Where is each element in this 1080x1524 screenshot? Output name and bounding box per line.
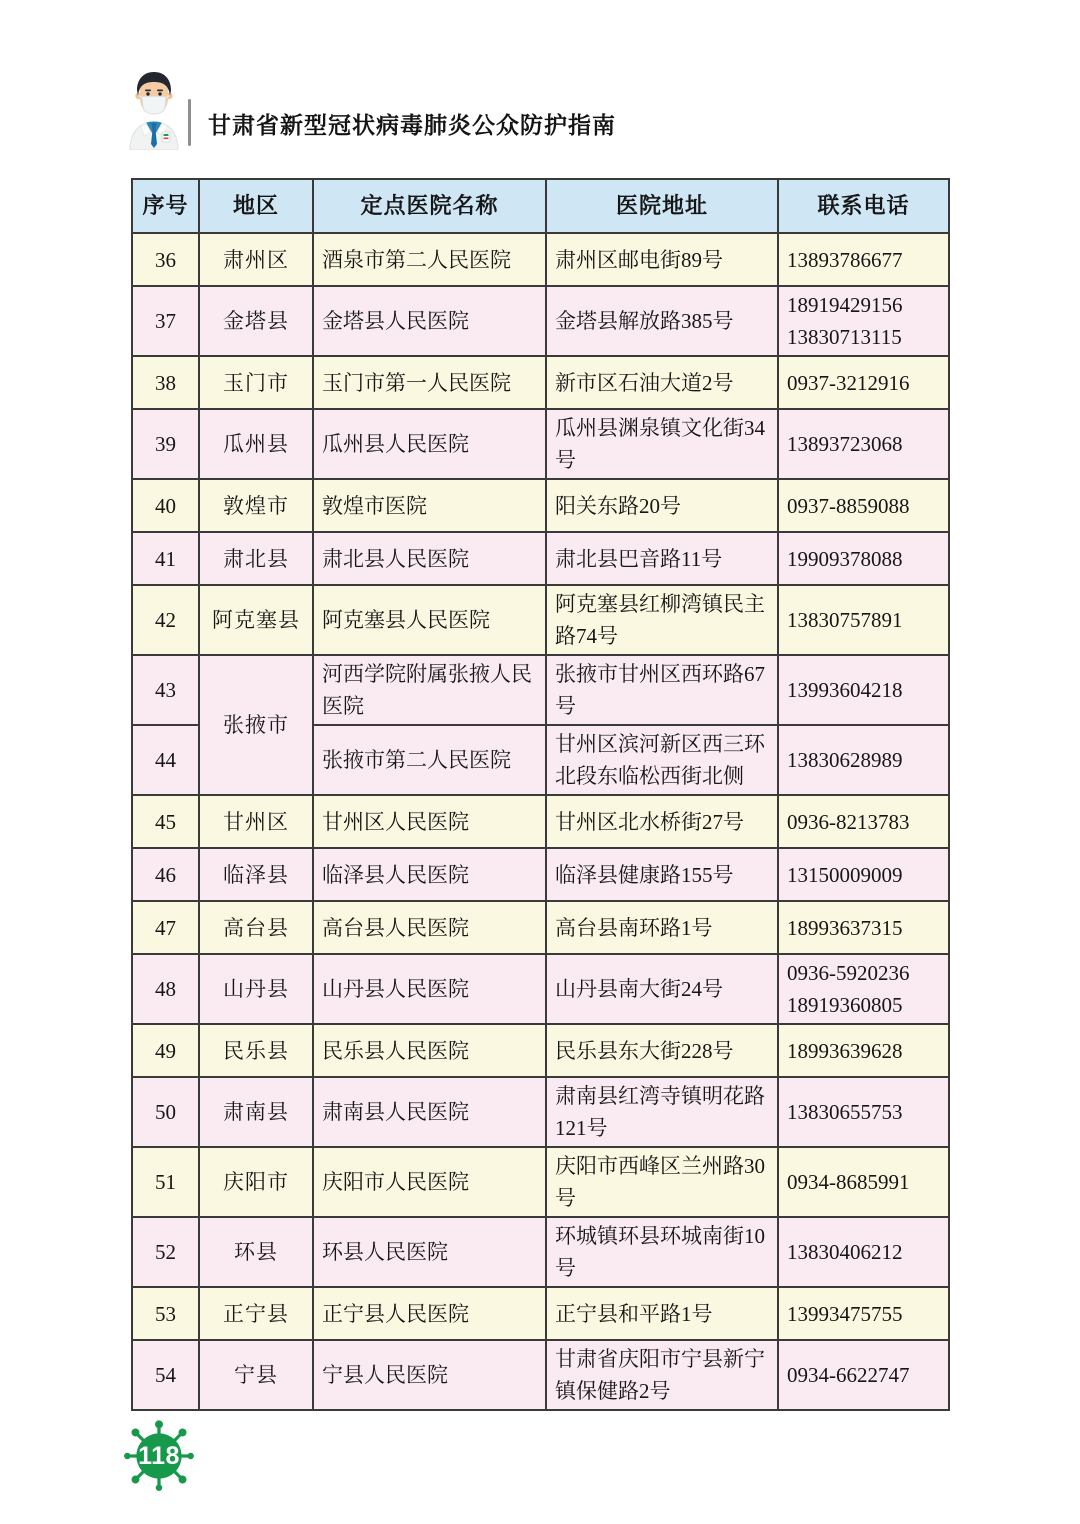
cell-serial: 53: [132, 1287, 199, 1340]
table-row: 40敦煌市敦煌市医院阳关东路20号0937-8859088: [132, 479, 949, 532]
cell-serial: 52: [132, 1217, 199, 1287]
table-row: 53正宁县正宁县人民医院正宁县和平路1号13993475755: [132, 1287, 949, 1340]
table-row: 46临泽县临泽县人民医院临泽县健康路155号13150009009: [132, 848, 949, 901]
table-row: 50肃南县肃南县人民医院肃南县红湾寺镇明花路121号13830655753: [132, 1077, 949, 1147]
phone-number: 13893786677: [787, 244, 940, 276]
phone-number: 13830406212: [787, 1236, 940, 1268]
table-row: 37金塔县金塔县人民医院金塔县解放路385号189194291561383071…: [132, 286, 949, 356]
cell-serial: 42: [132, 585, 199, 655]
cell-phone: 13993604218: [778, 655, 949, 725]
cell-phone: 13893723068: [778, 409, 949, 479]
cell-region: 高台县: [199, 901, 313, 954]
cell-hospital: 环县人民医院: [313, 1217, 546, 1287]
table-row: 39瓜州县瓜州县人民医院瓜州县渊泉镇文化街34号13893723068: [132, 409, 949, 479]
cell-address: 甘州区北水桥街27号: [546, 795, 778, 848]
cell-region: 临泽县: [199, 848, 313, 901]
cell-hospital: 酒泉市第二人民医院: [313, 233, 546, 286]
cell-region: 肃北县: [199, 532, 313, 585]
cell-address: 肃州区邮电街89号: [546, 233, 778, 286]
cell-phone: 13893786677: [778, 233, 949, 286]
phone-number: 0937-3212916: [787, 367, 940, 399]
doctor-avatar-icon: [124, 70, 184, 150]
phone-number: 18919429156: [787, 289, 940, 321]
phone-number: 0937-8859088: [787, 490, 940, 522]
cell-hospital: 庆阳市人民医院: [313, 1147, 546, 1217]
cell-address: 瓜州县渊泉镇文化街34号: [546, 409, 778, 479]
cell-serial: 47: [132, 901, 199, 954]
cell-address: 肃南县红湾寺镇明花路121号: [546, 1077, 778, 1147]
cell-hospital: 金塔县人民医院: [313, 286, 546, 356]
cell-serial: 37: [132, 286, 199, 356]
cell-serial: 43: [132, 655, 199, 725]
cell-phone: 18993639628: [778, 1024, 949, 1077]
cell-serial: 45: [132, 795, 199, 848]
cell-region: 甘州区: [199, 795, 313, 848]
cell-region: 庆阳市: [199, 1147, 313, 1217]
phone-number: 13150009009: [787, 859, 940, 891]
page: 甘肃省新型冠状病毒肺炎公众防护指南 序号 地区 定点医院名称 医院地址 联系电话…: [0, 0, 1080, 1524]
cell-region: 正宁县: [199, 1287, 313, 1340]
cell-hospital: 宁县人民医院: [313, 1340, 546, 1410]
table-header-row: 序号 地区 定点医院名称 医院地址 联系电话: [132, 179, 949, 233]
cell-region: 环县: [199, 1217, 313, 1287]
table-row: 52环县环县人民医院环城镇环县环城南街10号13830406212: [132, 1217, 949, 1287]
cell-address: 阿克塞县红柳湾镇民主路74号: [546, 585, 778, 655]
cell-address: 甘肃省庆阳市宁县新宁镇保健路2号: [546, 1340, 778, 1410]
cell-phone: 13993475755: [778, 1287, 949, 1340]
cell-hospital: 玉门市第一人民医院: [313, 356, 546, 409]
cell-serial: 36: [132, 233, 199, 286]
column-header-address: 医院地址: [546, 179, 778, 233]
table-row: 49民乐县民乐县人民医院民乐县东大街228号18993639628: [132, 1024, 949, 1077]
table-row: 47高台县高台县人民医院高台县南环路1号18993637315: [132, 901, 949, 954]
table-row: 41肃北县肃北县人民医院肃北县巴音路11号19909378088: [132, 532, 949, 585]
cell-hospital: 河西学院附属张掖人民医院: [313, 655, 546, 725]
cell-hospital: 张掖市第二人民医院: [313, 725, 546, 795]
column-header-region: 地区: [199, 179, 313, 233]
table-row: 38玉门市玉门市第一人民医院新市区石油大道2号0937-3212916: [132, 356, 949, 409]
cell-region: 肃州区: [199, 233, 313, 286]
cell-region: 肃南县: [199, 1077, 313, 1147]
cell-phone: 13150009009: [778, 848, 949, 901]
cell-phone: 0936-592023618919360805: [778, 954, 949, 1024]
cell-serial: 54: [132, 1340, 199, 1410]
cell-address: 高台县南环路1号: [546, 901, 778, 954]
cell-address: 阳关东路20号: [546, 479, 778, 532]
cell-region: 宁县: [199, 1340, 313, 1410]
cell-hospital: 肃南县人民医院: [313, 1077, 546, 1147]
cell-serial: 40: [132, 479, 199, 532]
cell-address: 临泽县健康路155号: [546, 848, 778, 901]
phone-number: 0934-6622747: [787, 1359, 940, 1391]
cell-region: 玉门市: [199, 356, 313, 409]
cell-serial: 49: [132, 1024, 199, 1077]
cell-serial: 39: [132, 409, 199, 479]
cell-address: 庆阳市西峰区兰州路30号: [546, 1147, 778, 1217]
phone-number: 13993604218: [787, 674, 940, 706]
hospital-table-body: 36肃州区酒泉市第二人民医院肃州区邮电街89号1389378667737金塔县金…: [132, 233, 949, 1410]
cell-phone: 13830655753: [778, 1077, 949, 1147]
table-row: 45甘州区甘州区人民医院甘州区北水桥街27号0936-8213783: [132, 795, 949, 848]
table-row: 43张掖市河西学院附属张掖人民医院张掖市甘州区西环路67号13993604218: [132, 655, 949, 725]
cell-hospital: 高台县人民医院: [313, 901, 546, 954]
table-row: 51庆阳市庆阳市人民医院庆阳市西峰区兰州路30号0934-8685991: [132, 1147, 949, 1217]
cell-address: 新市区石油大道2号: [546, 356, 778, 409]
table-row: 54宁县宁县人民医院甘肃省庆阳市宁县新宁镇保健路2号0934-6622747: [132, 1340, 949, 1410]
page-number: 118: [121, 1418, 197, 1494]
cell-address: 正宁县和平路1号: [546, 1287, 778, 1340]
cell-serial: 44: [132, 725, 199, 795]
cell-address: 张掖市甘州区西环路67号: [546, 655, 778, 725]
cell-address: 金塔县解放路385号: [546, 286, 778, 356]
phone-number: 13830757891: [787, 604, 940, 636]
cell-serial: 51: [132, 1147, 199, 1217]
cell-hospital: 敦煌市医院: [313, 479, 546, 532]
page-title: 甘肃省新型冠状病毒肺炎公众防护指南: [208, 107, 616, 140]
cell-region: 金塔县: [199, 286, 313, 356]
column-header-hospital: 定点医院名称: [313, 179, 546, 233]
page-number-badge: 118: [121, 1418, 197, 1494]
cell-region: 敦煌市: [199, 479, 313, 532]
phone-number: 13830628989: [787, 744, 940, 776]
cell-serial: 50: [132, 1077, 199, 1147]
cell-hospital: 正宁县人民医院: [313, 1287, 546, 1340]
cell-hospital: 甘州区人民医院: [313, 795, 546, 848]
cell-serial: 46: [132, 848, 199, 901]
phone-number: 0934-8685991: [787, 1166, 940, 1198]
cell-phone: 0937-3212916: [778, 356, 949, 409]
phone-number: 18919360805: [787, 989, 940, 1021]
cell-phone: 13830406212: [778, 1217, 949, 1287]
column-header-serial: 序号: [132, 179, 199, 233]
table-row: 36肃州区酒泉市第二人民医院肃州区邮电街89号13893786677: [132, 233, 949, 286]
phone-number: 13830655753: [787, 1096, 940, 1128]
cell-address: 民乐县东大街228号: [546, 1024, 778, 1077]
cell-hospital: 山丹县人民医院: [313, 954, 546, 1024]
phone-number: 0936-8213783: [787, 806, 940, 838]
cell-hospital: 阿克塞县人民医院: [313, 585, 546, 655]
cell-address: 肃北县巴音路11号: [546, 532, 778, 585]
cell-phone: 18993637315: [778, 901, 949, 954]
phone-number: 13893723068: [787, 428, 940, 460]
cell-serial: 38: [132, 356, 199, 409]
cell-phone: 0937-8859088: [778, 479, 949, 532]
column-header-phone: 联系电话: [778, 179, 949, 233]
cell-hospital: 民乐县人民医院: [313, 1024, 546, 1077]
cell-region: 山丹县: [199, 954, 313, 1024]
cell-region: 民乐县: [199, 1024, 313, 1077]
phone-number: 13830713115: [787, 321, 940, 353]
phone-number: 13993475755: [787, 1298, 940, 1330]
phone-number: 19909378088: [787, 543, 940, 575]
cell-phone: 19909378088: [778, 532, 949, 585]
phone-number: 18993637315: [787, 912, 940, 944]
cell-hospital: 肃北县人民医院: [313, 532, 546, 585]
cell-serial: 41: [132, 532, 199, 585]
table-row: 42阿克塞县阿克塞县人民医院阿克塞县红柳湾镇民主路74号13830757891: [132, 585, 949, 655]
cell-hospital: 临泽县人民医院: [313, 848, 546, 901]
cell-address: 环城镇环县环城南街10号: [546, 1217, 778, 1287]
cell-region: 阿克塞县: [199, 585, 313, 655]
phone-number: 0936-5920236: [787, 957, 940, 989]
cell-phone: 0934-8685991: [778, 1147, 949, 1217]
cell-phone: 13830628989: [778, 725, 949, 795]
cell-hospital: 瓜州县人民医院: [313, 409, 546, 479]
header-divider: [188, 99, 191, 146]
table-row: 48山丹县山丹县人民医院山丹县南大街24号0936-59202361891936…: [132, 954, 949, 1024]
phone-number: 18993639628: [787, 1035, 940, 1067]
cell-region: 张掖市: [199, 655, 313, 795]
cell-address: 山丹县南大街24号: [546, 954, 778, 1024]
cell-phone: 0936-8213783: [778, 795, 949, 848]
cell-phone: 13830757891: [778, 585, 949, 655]
cell-phone: 0934-6622747: [778, 1340, 949, 1410]
cell-serial: 48: [132, 954, 199, 1024]
table-header: 序号 地区 定点医院名称 医院地址 联系电话: [132, 179, 949, 233]
hospital-table: 序号 地区 定点医院名称 医院地址 联系电话 36肃州区酒泉市第二人民医院肃州区…: [131, 178, 950, 1411]
cell-phone: 1891942915613830713115: [778, 286, 949, 356]
cell-address: 甘州区滨河新区西三环北段东临松西街北侧: [546, 725, 778, 795]
cell-region: 瓜州县: [199, 409, 313, 479]
